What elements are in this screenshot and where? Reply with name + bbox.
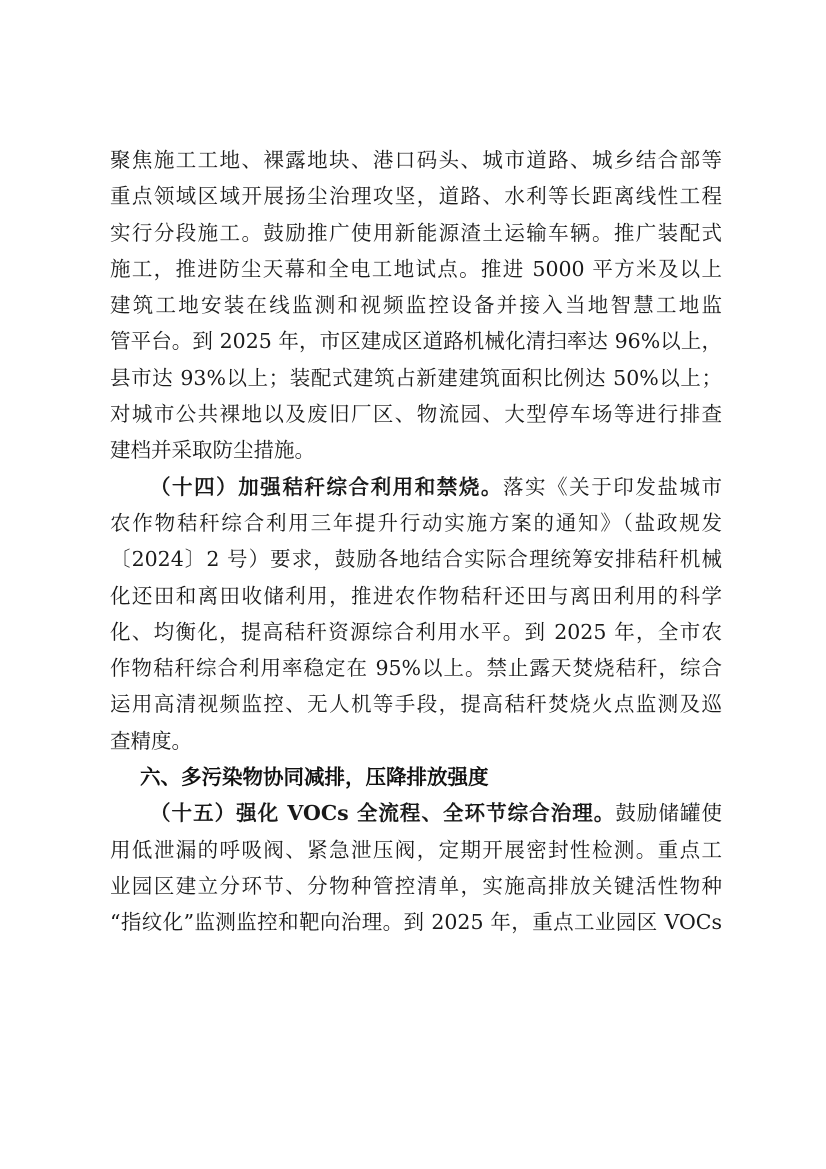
paragraph-line: 县市达 93%以上；装配式建筑占新建建筑面积比例达 50%以上；: [110, 360, 722, 396]
subsection-14-title: （十四）加强秸秆综合利用和禁烧。: [150, 475, 503, 499]
paragraph-line: 作物秸秆综合利用率稳定在 95%以上。禁止露天焚烧秸秆，综合: [110, 650, 722, 686]
paragraph-line: 〔2024〕2 号）要求，鼓励各地结合实际合理统筹安排秸秆机械: [110, 541, 722, 577]
document-page: 聚焦施工工地、裸露地块、港口码头、城市道路、城乡结合部等 重点领域区域开展扬尘治…: [0, 0, 826, 1169]
paragraph-line: 建筑工地安装在线监测和视频监控设备并接入当地智慧工地监: [110, 287, 722, 323]
paragraph-line: 化、均衡化，提高秸秆资源综合利用水平。到 2025 年，全市农: [110, 614, 722, 650]
paragraph-line: “指纹化”监测监控和靶向治理。到 2025 年，重点工业园区 VOCs: [110, 904, 722, 940]
paragraph-line: 聚焦施工工地、裸露地块、港口码头、城市道路、城乡结合部等: [110, 142, 722, 178]
section-heading: 六、多污染物协同减排，压降排放强度: [110, 759, 722, 795]
subsection-14-text: 落实《关于印发盐城市: [503, 475, 722, 499]
paragraph-line: 施工，推进防尘天幕和全电工地试点。推进 5000 平方米及以上: [110, 251, 722, 287]
paragraph-line: 对城市公共裸地以及废旧厂区、物流园、大型停车场等进行排查: [110, 396, 722, 432]
paragraph-line: 化还田和离田收储利用，推进农作物秸秆还田与离田利用的科学: [110, 578, 722, 614]
paragraph-line: 业园区建立分环节、分物种管控清单，实施高排放关键活性物种: [110, 868, 722, 904]
document-body: 聚焦施工工地、裸露地块、港口码头、城市道路、城乡结合部等 重点领域区域开展扬尘治…: [110, 142, 722, 941]
subsection-15-title: （十五）强化 VOCs 全流程、全环节综合治理。: [150, 801, 615, 825]
paragraph-line: 管平台。到 2025 年，市区建成区道路机械化清扫率达 96%以上，: [110, 323, 722, 359]
paragraph-line: 农作物秸秆综合利用三年提升行动实施方案的通知》（盐政规发: [110, 505, 722, 541]
paragraph-line: 运用高清视频监控、无人机等手段，提高秸秆焚烧火点监测及巡: [110, 686, 722, 722]
paragraph-line: 用低泄漏的呼吸阀、紧急泄压阀，定期开展密封性检测。重点工: [110, 832, 722, 868]
paragraph-line: 重点领域区域开展扬尘治理攻坚，道路、水利等长距离线性工程: [110, 178, 722, 214]
paragraph-line: 实行分段施工。鼓励推广使用新能源渣土运输车辆。推广装配式: [110, 215, 722, 251]
paragraph-line: 查精度。: [110, 723, 722, 759]
subsection-15-line: （十五）强化 VOCs 全流程、全环节综合治理。鼓励储罐使: [110, 795, 722, 831]
paragraph-line: 建档并采取防尘措施。: [110, 432, 722, 468]
subsection-15-text: 鼓励储罐使: [615, 801, 722, 825]
subsection-14-line: （十四）加强秸秆综合利用和禁烧。落实《关于印发盐城市: [110, 469, 722, 505]
